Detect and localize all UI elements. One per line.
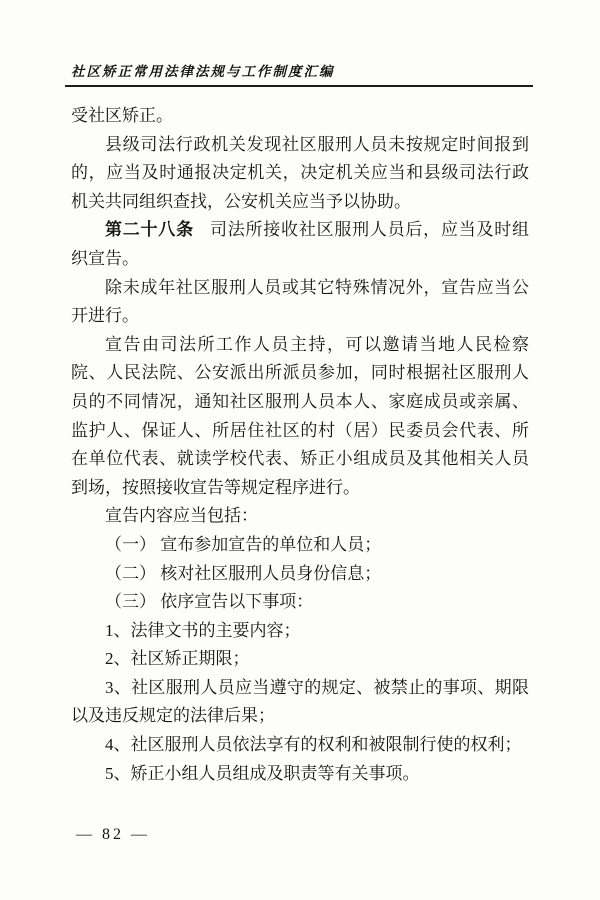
paragraph-continuation: 受社区矫正。 — [71, 102, 529, 131]
page-number: — 82 — — [76, 826, 150, 843]
sublist-item-1: 1、法律文书的主要内容； — [71, 617, 529, 646]
document-body: 受社区矫正。 县级司法行政机关发现社区服刑人员未按规定时间报到的，应当及时通报决… — [71, 102, 529, 788]
sublist-item-4: 4、社区服刑人员依法享有的权利和被限制行使的权利； — [71, 731, 529, 760]
paragraph-search-duty: 县级司法行政机关发现社区服刑人员未按规定时间报到的，应当及时通报决定机关，决定机… — [71, 131, 529, 217]
article-number: 第二十八条 — [105, 220, 194, 239]
sublist-item-5: 5、矫正小组人员组成及职责等有关事项。 — [71, 760, 529, 789]
document-page: 社区矫正常用法律法规与工作制度汇编 受社区矫正。 县级司法行政机关发现社区服刑人… — [0, 0, 600, 900]
sublist-item-2: 2、社区矫正期限； — [71, 645, 529, 674]
page-footer: — 82 — — [76, 826, 150, 844]
list-item-1: （一） 宣布参加宣告的单位和人员； — [71, 531, 529, 560]
list-item-3: （三） 依序宣告以下事项： — [71, 588, 529, 617]
paragraph-article-28: 第二十八条司法所接收社区服刑人员后，应当及时组织宣告。 — [71, 216, 529, 273]
paragraph-announcement-procedure: 宣告由司法所工作人员主持，可以邀请当地人民检察院、人民法院、公安派出所派员参加，… — [71, 331, 529, 503]
paragraph-content-intro: 宣告内容应当包括： — [71, 502, 529, 531]
paragraph-public-announcement: 除未成年社区服刑人员或其它特殊情况外，宣告应当公开进行。 — [71, 274, 529, 331]
header-rule — [65, 85, 533, 87]
list-item-2: （二） 核对社区服刑人员身份信息； — [71, 560, 529, 589]
running-head-title: 社区矫正常用法律法规与工作制度汇编 — [71, 60, 335, 80]
sublist-item-3: 3、社区服刑人员应当遵守的规定、被禁止的事项、期限以及违反规定的法律后果； — [71, 674, 529, 731]
